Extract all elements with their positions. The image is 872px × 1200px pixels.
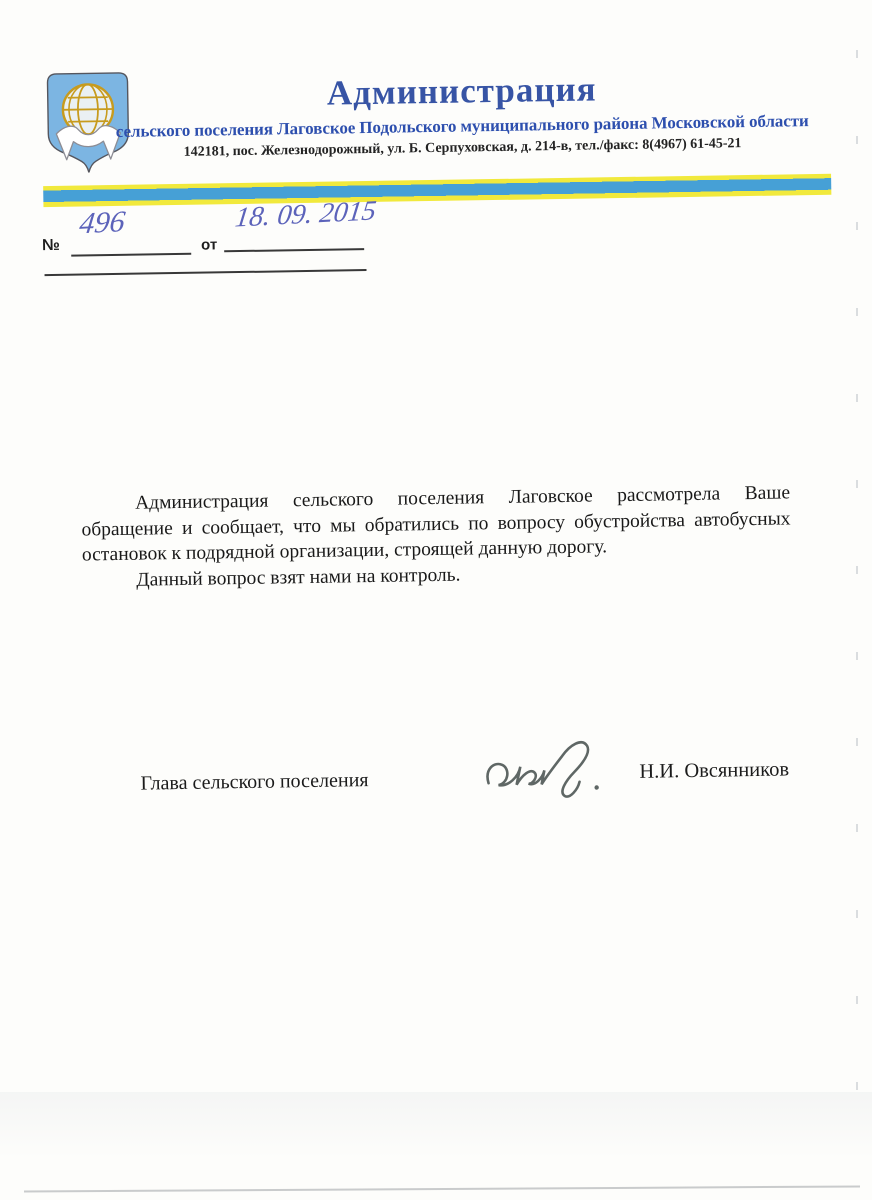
ref-date-line bbox=[224, 248, 364, 252]
ref-date-label: от bbox=[201, 236, 217, 253]
ref-number-label: № bbox=[42, 237, 60, 255]
handwritten-signature-icon bbox=[480, 729, 621, 807]
ref-number-handwritten: 496 bbox=[77, 205, 126, 241]
letterhead: Администрация сельского поселения Лаговс… bbox=[81, 66, 842, 163]
signature-position-title: Глава сельского поселения bbox=[140, 769, 368, 796]
signatory-name: Н.И. Овсянников bbox=[639, 758, 789, 783]
letter-body: Администрация сельского поселения Лаговс… bbox=[81, 480, 792, 593]
ref-number-line bbox=[71, 253, 191, 257]
ref-extra-line bbox=[45, 269, 367, 276]
org-title: Администрация bbox=[81, 66, 842, 118]
scan-edge-artifact-right bbox=[856, 12, 858, 1162]
ref-date-handwritten: 18. 09. 2015 bbox=[233, 195, 378, 234]
scan-skew-wrapper: Администрация сельского поселения Лаговс… bbox=[0, 0, 872, 1200]
scanned-letter-page: Администрация сельского поселения Лаговс… bbox=[0, 0, 872, 1200]
scan-shading-artifact bbox=[0, 1092, 872, 1158]
letterhead-stripe-band bbox=[43, 174, 831, 207]
